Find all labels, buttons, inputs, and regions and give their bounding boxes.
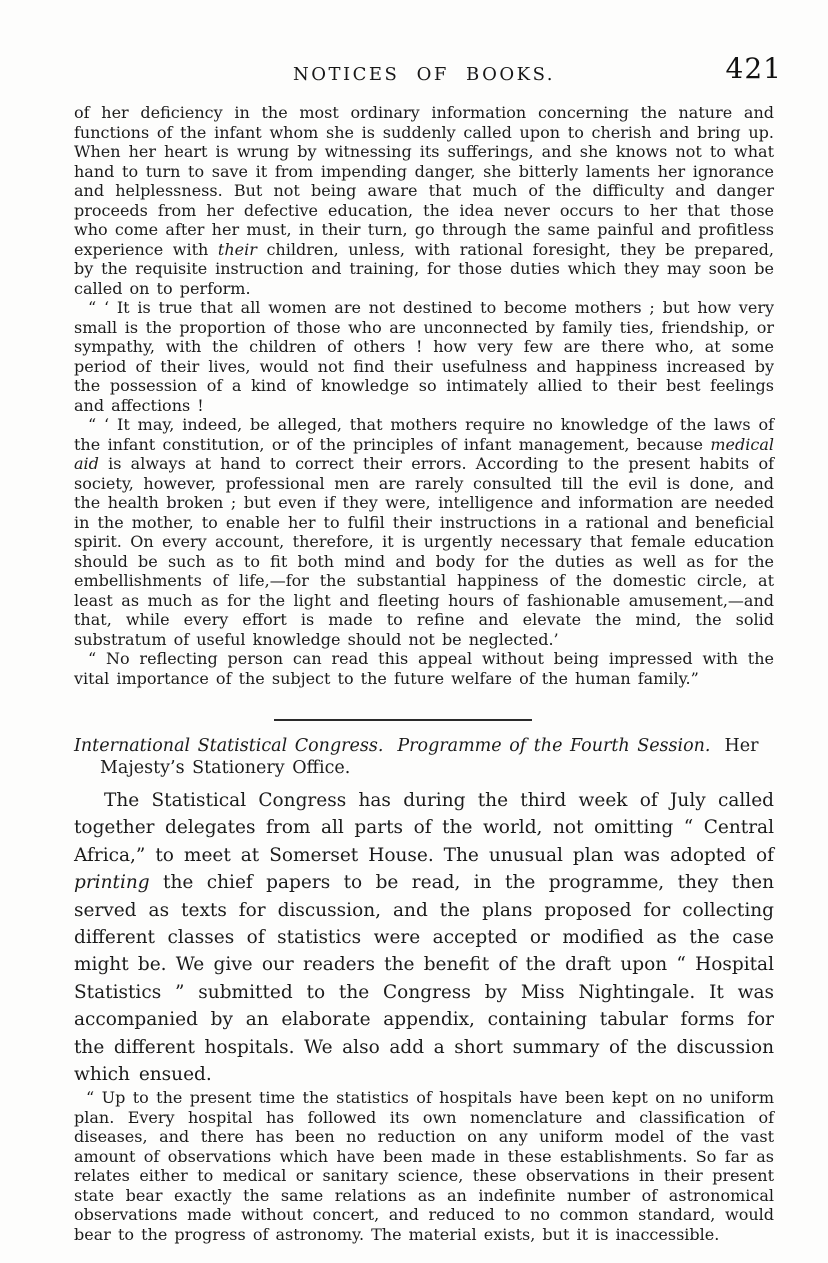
paragraph-text: The Statistical Congress has during the … <box>74 790 774 866</box>
paragraph-text: the chief papers to be read, in the prog… <box>74 872 774 1085</box>
italic-word-their: their <box>218 240 257 259</box>
scanned-page: NOTICES OF BOOKS. 421 of her deficiency … <box>0 0 828 1263</box>
review-body-paragraph: The Statistical Congress has during the … <box>74 787 774 1088</box>
paragraph-text: “ ‘ It may, indeed, be alleged, that mot… <box>74 415 774 454</box>
work-heading: International Statistical Congress.Progr… <box>74 736 774 780</box>
paragraph-text: “ No reflecting person can read this app… <box>74 649 774 688</box>
statistical-congress-review: International Statistical Congress.Progr… <box>74 736 774 1244</box>
review-continuation-block: of her deficiency in the most ordinary i… <box>74 103 774 719</box>
paragraph-text: “ Up to the present time the statistics … <box>74 1088 774 1244</box>
running-header: NOTICES OF BOOKS. 421 <box>74 58 774 90</box>
italic-word-printing: printing <box>74 872 150 893</box>
page-number: 421 <box>726 52 782 85</box>
review-body-block: The Statistical Congress has during the … <box>74 787 774 1088</box>
paragraph-continuation: of her deficiency in the most ordinary i… <box>74 103 774 298</box>
paragraph-text: “ ‘ It is true that all women are not de… <box>74 298 774 415</box>
closing-paragraph: “ No reflecting person can read this app… <box>74 649 774 688</box>
section-divider-rule <box>274 719 532 721</box>
work-title: International Statistical Congress. <box>74 736 383 756</box>
quote-paragraph: “ ‘ It may, indeed, be alleged, that mot… <box>74 415 774 649</box>
extract-paragraph: “ Up to the present time the statistics … <box>74 1088 774 1244</box>
running-title: NOTICES OF BOOKS. <box>74 64 774 85</box>
paragraph-text: of her deficiency in the most ordinary i… <box>74 103 774 259</box>
paragraph-text: is always at hand to correct their error… <box>74 454 774 649</box>
extract-block: “ Up to the present time the statistics … <box>74 1088 774 1244</box>
work-subtitle: Programme of the Fourth Session. <box>397 736 710 756</box>
quote-paragraph: “ ‘ It is true that all women are not de… <box>74 298 774 415</box>
